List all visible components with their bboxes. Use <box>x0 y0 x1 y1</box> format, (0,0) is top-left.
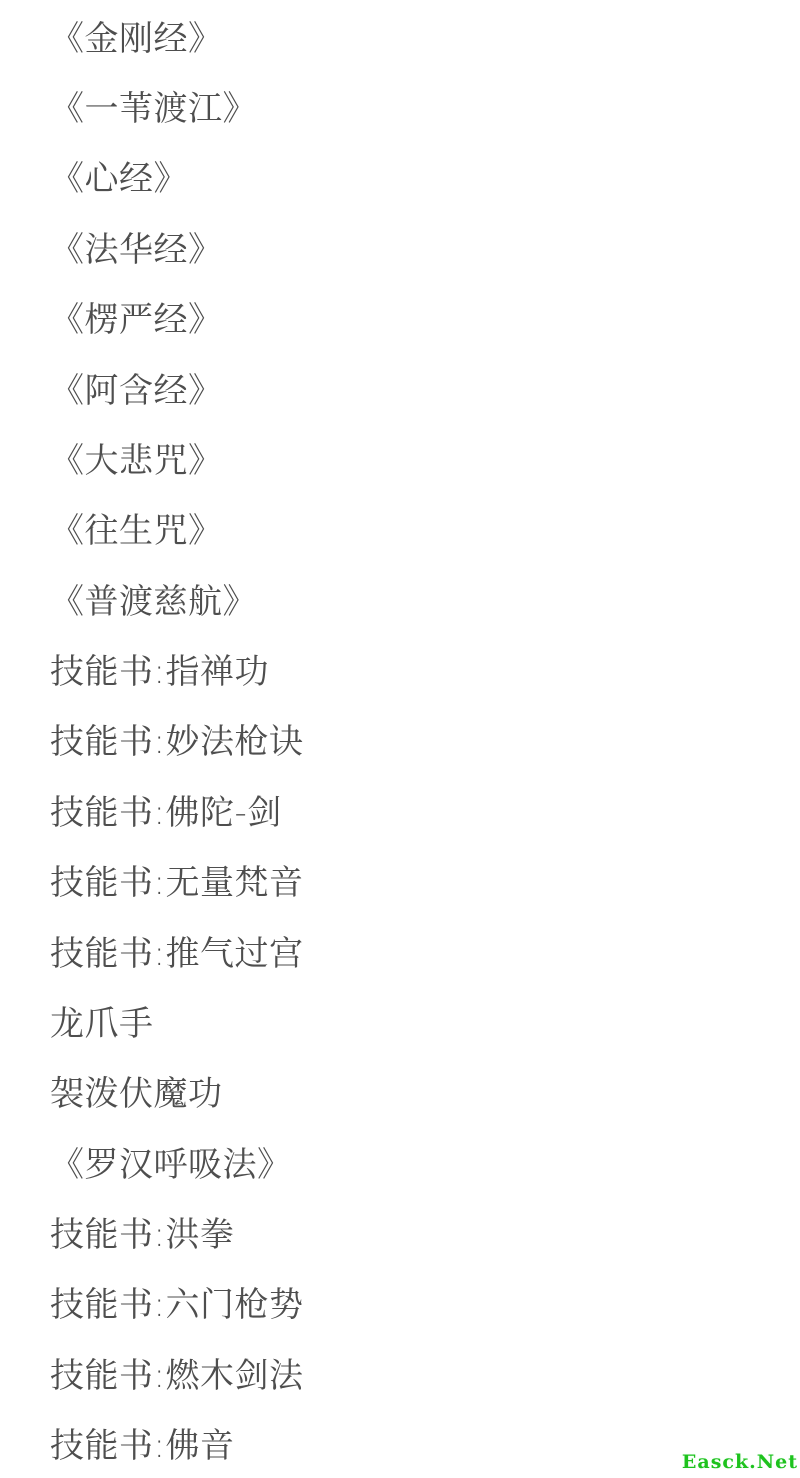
list-item: 技能书:六门枪势 <box>0 1267 800 1337</box>
list-item: 技能书:推气过宫 <box>0 915 800 985</box>
list-item: 技能书:佛音 <box>0 1408 800 1478</box>
list-item: 技能书:无量梵音 <box>0 845 800 915</box>
list-item: 《一苇渡江》 <box>0 70 800 140</box>
watermark: Easck.Net <box>682 1451 798 1473</box>
list-item: 技能书:妙法枪诀 <box>0 704 800 774</box>
list-item: 《普渡慈航》 <box>0 563 800 633</box>
list-item: 《往生咒》 <box>0 493 800 563</box>
list-item: 龙爪手 <box>0 985 800 1055</box>
list-item: 《罗汉呼吸法》 <box>0 1126 800 1196</box>
list-item: 技能书:佛陀-剑 <box>0 774 800 844</box>
list-item: 《心经》 <box>0 141 800 211</box>
list-item: 袈泼伏魔功 <box>0 1056 800 1126</box>
list-item: 技能书:燃木剑法 <box>0 1337 800 1407</box>
list-item: 技能书:洪拳 <box>0 1196 800 1266</box>
list-item: 技能书:指禅功 <box>0 633 800 703</box>
list-item: 《楞严经》 <box>0 282 800 352</box>
list-item: 《大悲咒》 <box>0 422 800 492</box>
list-item: 《阿含经》 <box>0 352 800 422</box>
list-item: 《法华经》 <box>0 211 800 281</box>
item-list: 《金刚经》《一苇渡江》《心经》《法华经》《楞严经》《阿含经》《大悲咒》《往生咒》… <box>0 0 800 1478</box>
article-image-page: 《金刚经》《一苇渡江》《心经》《法华经》《楞严经》《阿含经》《大悲咒》《往生咒》… <box>0 0 800 1478</box>
list-item: 《金刚经》 <box>0 0 800 70</box>
